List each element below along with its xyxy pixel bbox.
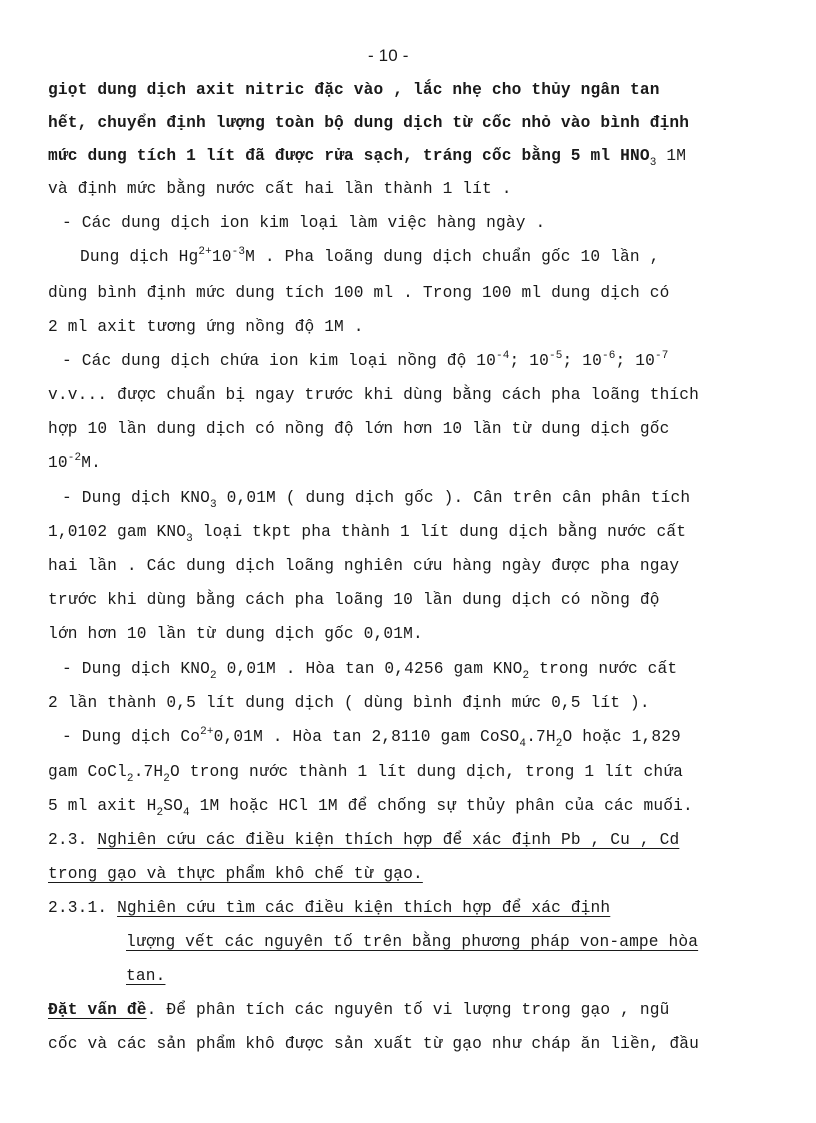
problem-label: Đặt vấn đề: [48, 1001, 147, 1019]
superscript: -7: [655, 350, 669, 362]
subscript: 3: [210, 499, 217, 511]
text-line: mức dung tích 1 lít đã được rửa sạch, tr…: [48, 148, 686, 164]
text-span: - Dung dịch KNO: [62, 489, 210, 507]
text-line: 10-2M.: [48, 455, 101, 471]
text-span: - Các dung dịch chứa ion kim loại nồng đ…: [62, 352, 496, 370]
text-span: M.: [81, 454, 101, 472]
text-span: ; 10: [563, 352, 602, 370]
text-line: dùng bình định mức dung tích 100 ml . Tr…: [48, 285, 669, 301]
text-span: mức dung tích 1 lít đã được rửa sạch, tr…: [48, 147, 650, 165]
superscript: -6: [602, 350, 616, 362]
superscript: 2+: [200, 726, 214, 738]
text-line: Dung dịch Hg2+10-3M . Pha loãng dung dịc…: [80, 249, 659, 265]
section-heading-2-3: 2.3. Nghiên cứu các điều kiện thích hợp …: [48, 832, 679, 848]
section-title: trong gạo và thực phẩm khô chế từ gạo.: [48, 865, 423, 883]
text-span: .7H: [134, 763, 164, 781]
text-span: trong nước cất: [529, 660, 677, 678]
text-line: 2 lần thành 0,5 lít dung dịch ( dùng bìn…: [48, 695, 650, 711]
section-number: 2.3.1.: [48, 899, 107, 917]
text-span: 0,01M . Hòa tan 0,4256 gam KNO: [217, 660, 523, 678]
text-span: 10: [212, 248, 232, 266]
text-line: - Các dung dịch chứa ion kim loại nồng đ…: [62, 353, 669, 369]
text-span: O trong nước thành 1 lít dung dịch, tron…: [170, 763, 683, 781]
superscript: -3: [232, 246, 246, 258]
text-line: hết, chuyển định lượng toàn bộ dung dịch…: [48, 115, 689, 131]
text-line: 5 ml axit H2SO4 1M hoặc HCl 1M để chống …: [48, 798, 693, 814]
text-span: M . Pha loãng dung dịch chuẩn gốc 10 lần…: [245, 248, 659, 266]
text-span: 1M: [656, 147, 686, 165]
document-page: - 10 - giọt dung dịch axit nitric đặc và…: [0, 0, 816, 1123]
section-heading-2-3-line2: trong gạo và thực phẩm khô chế từ gạo.: [48, 866, 423, 882]
superscript: -4: [496, 350, 510, 362]
subscript: 2: [556, 738, 563, 750]
subscript: 2: [210, 670, 217, 682]
text-span: ; 10: [510, 352, 549, 370]
section-number: 2.3.: [48, 831, 87, 849]
text-line: và định mức bằng nước cất hai lần thành …: [48, 181, 512, 197]
text-span: 0,01M . Hòa tan 2,8110 gam CoSO: [214, 728, 520, 746]
text-line: gam CoCl2.7H2O trong nước thành 1 lít du…: [48, 764, 683, 780]
section-heading-2-3-1: 2.3.1. Nghiên cứu tìm các điều kiện thíc…: [48, 900, 610, 916]
text-span: 5 ml axit H: [48, 797, 157, 815]
section-title: Nghiên cứu các điều kiện thích hợp để xá…: [97, 831, 679, 849]
section-title: Nghiên cứu tìm các điều kiện thích hợp đ…: [117, 899, 610, 917]
superscript: -2: [68, 452, 82, 464]
section-title: lượng vết các nguyên tố trên bằng phương…: [126, 933, 698, 951]
text-span: O hoặc 1,829: [563, 728, 681, 746]
text-line: lớn hơn 10 lần từ dung dịch gốc 0,01M.: [48, 626, 423, 642]
text-span: .7H: [526, 728, 556, 746]
text-span: ; 10: [616, 352, 655, 370]
text-line: 1,0102 gam KNO3 loại tkpt pha thành 1 lí…: [48, 524, 686, 540]
superscript: 2+: [198, 246, 212, 258]
text-line: - Dung dịch Co2+0,01M . Hòa tan 2,8110 g…: [62, 729, 681, 745]
text-span: gam CoCl: [48, 763, 127, 781]
text-line: cốc và các sản phẩm khô được sản xuất từ…: [48, 1036, 699, 1052]
text-span: 0,01M ( dung dịch gốc ). Cân trên cân ph…: [217, 489, 690, 507]
section-title: tan.: [126, 967, 165, 985]
text-span: SO: [163, 797, 183, 815]
text-line: 2 ml axit tương ứng nồng độ 1M .: [48, 319, 364, 335]
text-span: - Dung dịch KNO: [62, 660, 210, 678]
text-line: trước khi dùng bằng cách pha loãng 10 lầ…: [48, 592, 660, 608]
text-span: . Để phân tích các nguyên tố vi lượng tr…: [147, 1001, 670, 1019]
superscript: -5: [549, 350, 563, 362]
subscript: 2: [127, 773, 134, 785]
subscript: 4: [183, 807, 190, 819]
text-line: hai lần . Các dung dịch loãng nghiên cứu…: [48, 558, 679, 574]
text-span: loại tkpt pha thành 1 lít dung dịch bằng…: [193, 523, 686, 541]
subscript: 3: [186, 533, 193, 545]
text-span: 1,0102 gam KNO: [48, 523, 186, 541]
text-line: - Các dung dịch ion kim loại làm việc hà…: [62, 215, 545, 231]
text-span: 10: [48, 454, 68, 472]
section-heading-2-3-1-line3: tan.: [126, 968, 165, 984]
section-heading-2-3-1-line2: lượng vết các nguyên tố trên bằng phương…: [126, 934, 698, 950]
text-span: 1M hoặc HCl 1M để chống sự thủy phân của…: [190, 797, 693, 815]
text-line: - Dung dịch KNO3 0,01M ( dung dịch gốc )…: [62, 490, 690, 506]
page-number: - 10 -: [368, 47, 409, 64]
text-span: - Dung dịch Co: [62, 728, 200, 746]
text-span: Dung dịch Hg: [80, 248, 198, 266]
text-line: giọt dung dịch axit nitric đặc vào , lắc…: [48, 82, 660, 98]
text-line: v.v... được chuẩn bị ngay trước khi dùng…: [48, 387, 699, 403]
text-line: hợp 10 lần dung dịch có nồng độ lớn hơn …: [48, 421, 669, 437]
text-line: - Dung dịch KNO2 0,01M . Hòa tan 0,4256 …: [62, 661, 677, 677]
text-line: Đặt vấn đề. Để phân tích các nguyên tố v…: [48, 1002, 669, 1018]
